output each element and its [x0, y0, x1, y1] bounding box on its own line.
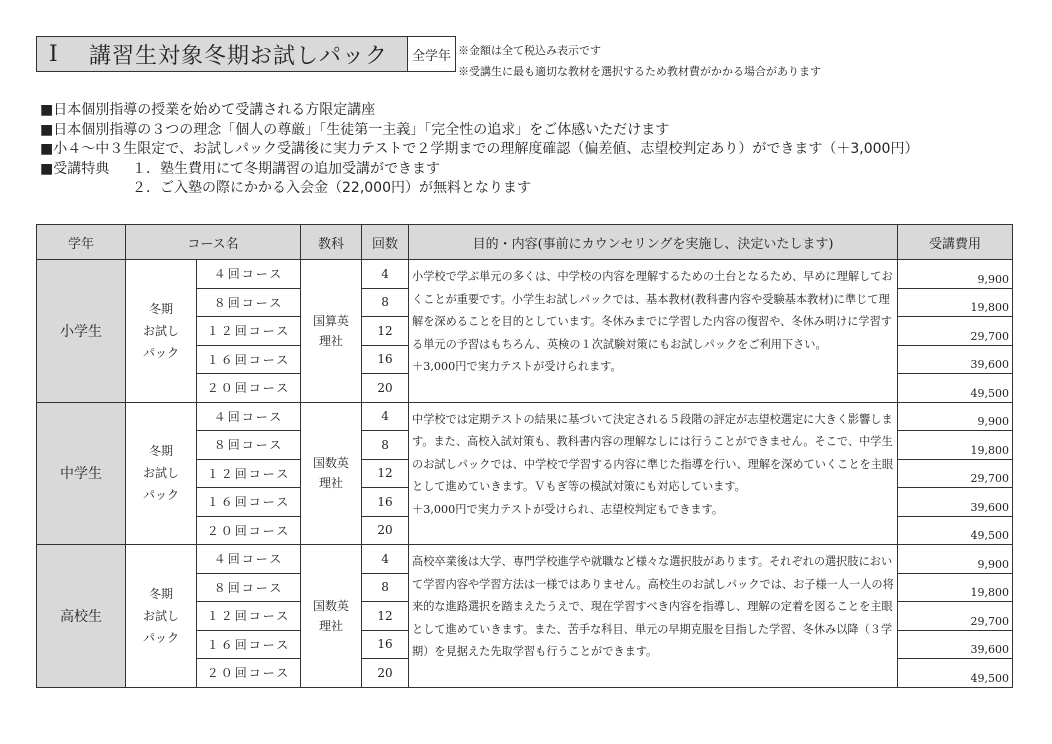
benefit-item: １．塾生費用にて冬期講習の追加受講ができます [132, 161, 440, 177]
course-count: 8 [362, 288, 409, 317]
benefit-item: ２．ご入塾の際にかかる入会金（22,000円）が無料となります [132, 180, 531, 196]
table-header-row: 学年 コース名 教科 回数 目的・内容(事前にカウンセリングを実施し、決定いたし… [37, 225, 1013, 260]
pack-cell: 冬期 お試し パック [126, 260, 197, 403]
subject-cell: 国数英 理社 [301, 545, 362, 688]
course-name: １６回コース [197, 630, 301, 659]
course-name: ２０回コース [197, 374, 301, 403]
table-row: 小学生 冬期 お試し パック ４回コース 国算英 理社 4 小学校で学ぶ単元の多… [37, 260, 1013, 289]
course-fee: 19,800 [898, 573, 1013, 602]
subject-cell: 国算英 理社 [301, 260, 362, 403]
course-fee: 19,800 [898, 288, 1013, 317]
course-fee: 29,700 [898, 317, 1013, 346]
page-title: 講習生対象冬期お試しパック [89, 39, 388, 70]
course-name: １６回コース [197, 488, 301, 517]
course-fee: 39,600 [898, 630, 1013, 659]
course-count: 12 [362, 602, 409, 631]
course-name: ２０回コース [197, 659, 301, 688]
course-fee: 9,900 [898, 260, 1013, 289]
course-count: 20 [362, 659, 409, 688]
header-purpose: 目的・内容(事前にカウンセリングを実施し、決定いたします) [409, 225, 898, 260]
header-fee: 受講費用 [898, 225, 1013, 260]
course-count: 20 [362, 516, 409, 545]
note-materials: ※受講生に最も適切な教材を選択するため教材費がかかる場合があります [458, 61, 821, 82]
course-fee: 19,800 [898, 431, 1013, 460]
grade-cell: 小学生 [37, 260, 126, 403]
course-count: 8 [362, 573, 409, 602]
header-count: 回数 [362, 225, 409, 260]
description-text: 中学校では定期テストの結果に基づいて決定される５段階の評定が志望校選定に大きく影… [412, 409, 894, 499]
course-name: １２回コース [197, 317, 301, 346]
header-grade: 学年 [37, 225, 126, 260]
course-count: 8 [362, 431, 409, 460]
table-row: 高校生 冬期 お試し パック ４回コース 国数英 理社 4 高校卒業後は大学、専… [37, 545, 1013, 574]
course-count: 20 [362, 374, 409, 403]
description-cell: 高校卒業後は大学、専門学校進学や就職など様々な選択肢があります。それぞれの選択肢… [409, 545, 898, 688]
course-name: ４回コース [197, 402, 301, 431]
bullet-item: ■日本個別指導の３つの理念「個人の尊厳」「生徒第一主義」「完全性の追求」をご体感… [40, 121, 918, 141]
grade-cell: 高校生 [37, 545, 126, 688]
subject-cell: 国数英 理社 [301, 402, 362, 545]
description-text: 高校卒業後は大学、専門学校進学や就職など様々な選択肢があります。それぞれの選択肢… [412, 551, 894, 664]
course-fee: 39,600 [898, 345, 1013, 374]
course-count: 4 [362, 545, 409, 574]
course-fee: 9,900 [898, 545, 1013, 574]
course-fee: 29,700 [898, 602, 1013, 631]
course-count: 16 [362, 488, 409, 517]
notes: ※金額は全て税込み表示です ※受講生に最も適切な教材を選択するため教材費がかかる… [458, 40, 821, 82]
description-cell: 小学校で学ぶ単元の多くは、中学校の内容を理解するための土台となるため、早めに理解… [409, 260, 898, 403]
course-fee: 39,600 [898, 488, 1013, 517]
header-course: コース名 [126, 225, 301, 260]
description-cell: 中学校では定期テストの結果に基づいて決定される５段階の評定が志望校選定に大きく影… [409, 402, 898, 545]
pack-cell: 冬期 お試し パック [126, 545, 197, 688]
description-text: 小学校で学ぶ単元の多くは、中学校の内容を理解するための土台となるため、早めに理解… [412, 266, 894, 356]
course-fee: 9,900 [898, 402, 1013, 431]
course-name: １２回コース [197, 602, 301, 631]
feature-bullets: ■日本個別指導の授業を始めて受講される方限定講座 ■日本個別指導の３つの理念「個… [40, 101, 918, 199]
benefits: ■受講特典１．塾生費用にて冬期講習の追加受講ができます [40, 160, 918, 180]
grade-label: 全学年 [408, 36, 456, 72]
course-count: 4 [362, 402, 409, 431]
course-name: １６回コース [197, 345, 301, 374]
course-name: ８回コース [197, 431, 301, 460]
header-subject: 教科 [301, 225, 362, 260]
course-count: 16 [362, 345, 409, 374]
test-note: ＋3,000円で実力テストが受けられます。 [412, 356, 894, 379]
bullet-item: ■小４～中３生限定で、お試しパック受講後に実力テストで２学期までの理解度確認（偏… [40, 140, 918, 160]
course-fee: 49,500 [898, 516, 1013, 545]
course-count: 12 [362, 317, 409, 346]
course-name: １２回コース [197, 459, 301, 488]
section-number: Ⅰ [49, 42, 89, 67]
course-count: 12 [362, 459, 409, 488]
course-name: ８回コース [197, 573, 301, 602]
pack-cell: 冬期 お試し パック [126, 402, 197, 545]
note-tax: ※金額は全て税込み表示です [458, 40, 821, 61]
benefits-label: ■受講特典 [40, 160, 132, 180]
test-note: ＋3,000円で実力テストが受けられ、志望校判定もできます。 [412, 499, 894, 522]
section-title: Ⅰ 講習生対象冬期お試しパック [36, 36, 408, 72]
table-row: 中学生 冬期 お試し パック ４回コース 国数英 理社 4 中学校では定期テスト… [37, 402, 1013, 431]
grade-cell: 中学生 [37, 402, 126, 545]
course-fee: 29,700 [898, 459, 1013, 488]
course-name: ８回コース [197, 288, 301, 317]
course-count: 16 [362, 630, 409, 659]
course-fee: 49,500 [898, 659, 1013, 688]
course-name: ４回コース [197, 545, 301, 574]
course-name: ２０回コース [197, 516, 301, 545]
course-count: 4 [362, 260, 409, 289]
course-fee: 49,500 [898, 374, 1013, 403]
pricing-table: 学年 コース名 教科 回数 目的・内容(事前にカウンセリングを実施し、決定いたし… [36, 224, 1013, 688]
course-name: ４回コース [197, 260, 301, 289]
bullet-item: ■日本個別指導の授業を始めて受講される方限定講座 [40, 101, 918, 121]
